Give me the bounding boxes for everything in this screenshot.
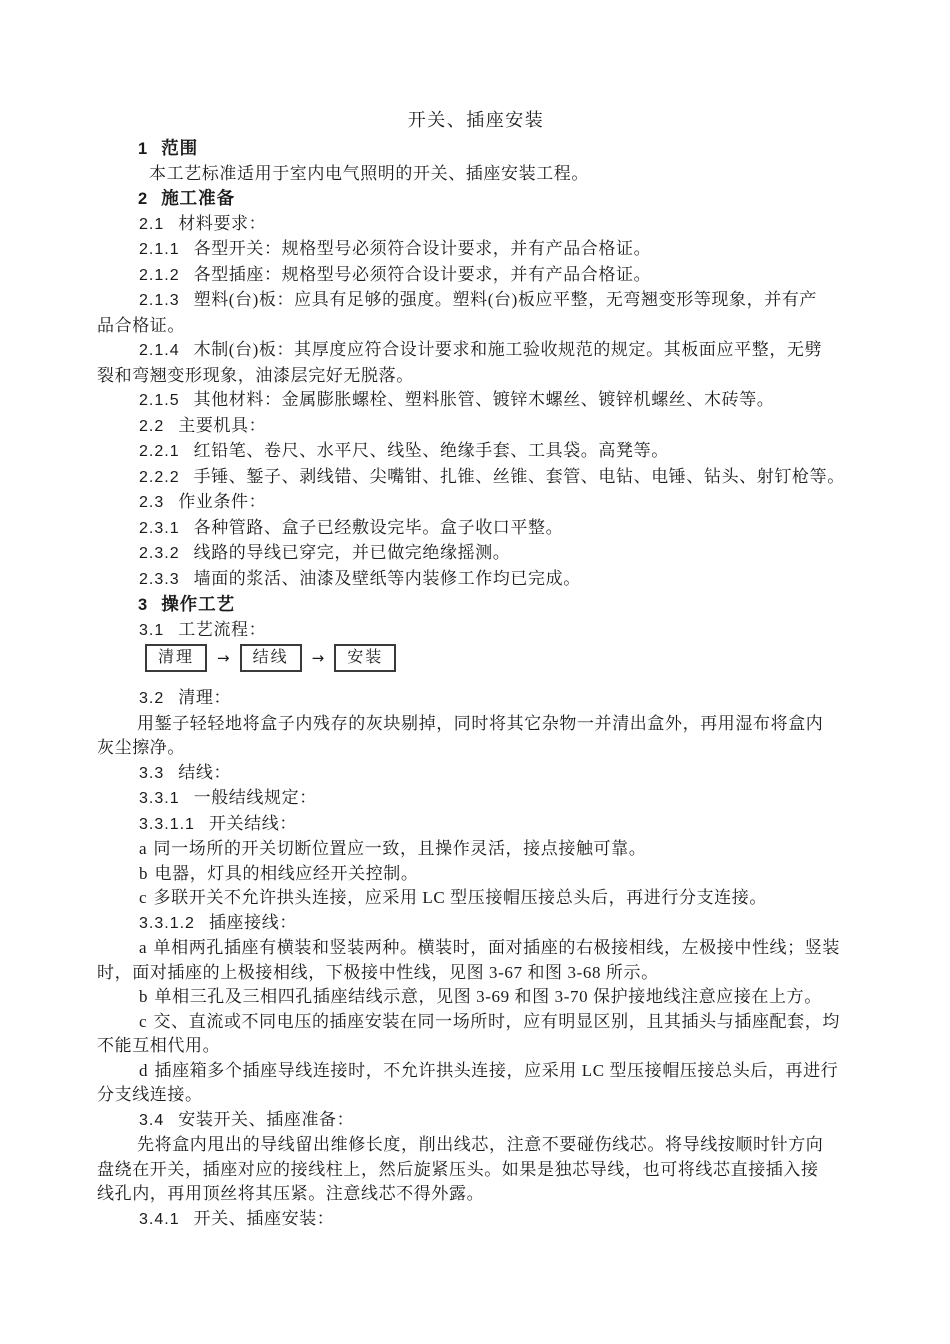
line-number: b bbox=[139, 864, 148, 883]
line-number: 2.1.2 bbox=[139, 267, 180, 284]
line-number: 2.3.3 bbox=[139, 571, 180, 588]
doc-line: 用錾子轻轻地将盒子内残存的灰块剔掉，同时将其它杂物一并清出盒外，再用湿布将盒内 bbox=[97, 712, 855, 737]
line-text: 分支线连接。 bbox=[97, 1085, 203, 1104]
line-text: 木制(台)板：其厚度应符合设计要求和施工验收规范的规定。其板面应平整，无劈 bbox=[194, 340, 823, 359]
line-text: 一般结线规定： bbox=[194, 788, 317, 807]
line-text: 品合格证。 bbox=[97, 316, 185, 335]
line-text: 操作工艺 bbox=[161, 594, 235, 614]
doc-line: 本工艺标准适用于室内电气照明的开关、插座安装工程。 bbox=[97, 162, 855, 187]
line-number: 2.2.2 bbox=[139, 469, 180, 486]
doc-line: 1范围 bbox=[97, 136, 855, 162]
doc-line: 3操作工艺 bbox=[97, 592, 855, 618]
line-number: b bbox=[139, 987, 148, 1006]
line-number: 2.1.4 bbox=[139, 342, 180, 359]
doc-line: 2.1.4木制(台)板：其厚度应符合设计要求和施工验收规范的规定。其板面应平整，… bbox=[97, 338, 855, 364]
line-text: 交、直流或不同电压的插座安装在同一场所时，应有明显区别，且其插头与插座配套，均 bbox=[154, 1012, 840, 1031]
flow-step: 清理 bbox=[145, 644, 207, 672]
flow-step: 结线 bbox=[240, 644, 302, 672]
line-text: 结线： bbox=[178, 763, 231, 782]
doc-line: b电器，灯具的相线应经开关控制。 bbox=[97, 862, 855, 887]
doc-line: a单相两孔插座有横装和竖装两种。横装时，面对插座的右极接相线，左极接中性线；竖装 bbox=[97, 936, 855, 961]
line-text: 主要机具： bbox=[178, 416, 266, 435]
line-number: 2.1 bbox=[139, 216, 164, 233]
line-number: 3.3.1.2 bbox=[139, 915, 195, 932]
line-number: 3.3.1 bbox=[139, 790, 180, 807]
line-number: c bbox=[139, 888, 147, 907]
line-number: 3.3.1.1 bbox=[139, 816, 195, 833]
line-text: 开关、插座安装： bbox=[194, 1209, 335, 1228]
doc-line: 品合格证。 bbox=[97, 314, 855, 339]
line-number: 2.1.3 bbox=[139, 292, 180, 309]
doc-line: 3.4.1开关、插座安装： bbox=[97, 1207, 855, 1233]
doc-line: 3.1工艺流程： bbox=[97, 618, 855, 644]
line-text: 红铅笔、卷尺、水平尺、线坠、绝缘手套、工具袋。高凳等。 bbox=[194, 441, 669, 460]
line-number: 3 bbox=[138, 596, 148, 614]
line-text: 同一场所的开关切断位置应一致，且操作灵活，接点接触可靠。 bbox=[154, 839, 647, 858]
line-text: 塑料(台)板：应具有足够的强度。塑料(台)板应平整，无弯翘变形等现象，并有产 bbox=[194, 290, 817, 309]
doc-line: 时，面对插座的上极接相线，下极接中性线，见图 3-67 和图 3-68 所示。 bbox=[97, 961, 855, 986]
doc-line: 3.2清理： bbox=[97, 686, 855, 712]
line-text: 电器，灯具的相线应经开关控制。 bbox=[155, 864, 419, 883]
line-text: 墙面的浆活、油漆及壁纸等内装修工作均已完成。 bbox=[194, 569, 581, 588]
doc-line: 3.3.1一般结线规定： bbox=[97, 786, 855, 812]
line-text: 不能互相代用。 bbox=[97, 1036, 220, 1055]
doc-line: 盘绕在开关，插座对应的接线柱上，然后旋紧压头。如果是独芯导线，也可将线芯直接插入… bbox=[97, 1158, 855, 1183]
doc-line: d插座箱多个插座导线连接时，不允许拱头连接，应采用 LC 型压接帽压接总头后，再… bbox=[97, 1059, 855, 1084]
flow-step: 安装 bbox=[334, 644, 396, 672]
doc-line: 2.1.1各型开关：规格型号必须符合设计要求，并有产品合格证。 bbox=[97, 237, 855, 263]
line-number: 2.2 bbox=[139, 418, 164, 435]
line-number: 2.1.1 bbox=[139, 241, 180, 258]
line-text: 材料要求： bbox=[178, 214, 266, 233]
doc-line: 2.3.1各种管路、盒子已经敷设完毕。盒子收口平整。 bbox=[97, 516, 855, 542]
flow-arrow-icon: → bbox=[217, 649, 230, 667]
doc-line: 线孔内，再用顶丝将其压紧。注意线芯不得外露。 bbox=[97, 1182, 855, 1207]
line-text: 插座箱多个插座导线连接时，不允许拱头连接，应采用 LC 型压接帽压接总头后，再进… bbox=[155, 1061, 839, 1080]
line-text: 盘绕在开关，插座对应的接线柱上，然后旋紧压头。如果是独芯导线，也可将线芯直接插入… bbox=[97, 1160, 819, 1179]
line-text: 各型插座：规格型号必须符合设计要求，并有产品合格证。 bbox=[194, 265, 652, 284]
line-number: d bbox=[139, 1061, 148, 1080]
line-number: 3.4 bbox=[139, 1112, 164, 1129]
doc-line: c交、直流或不同电压的插座安装在同一场所时，应有明显区别，且其插头与插座配套，均 bbox=[97, 1010, 855, 1035]
line-number: 3.4.1 bbox=[139, 1211, 180, 1228]
line-number: 2 bbox=[138, 190, 148, 208]
doc-line: 2.2主要机具： bbox=[97, 414, 855, 440]
line-text: 线孔内，再用顶丝将其压紧。注意线芯不得外露。 bbox=[97, 1184, 484, 1203]
doc-line: c多联开关不允许拱头连接，应采用 LC 型压接帽压接总头后，再进行分支连接。 bbox=[97, 886, 855, 911]
line-text: 灰尘擦净。 bbox=[97, 738, 185, 757]
line-number: 1 bbox=[138, 140, 148, 158]
doc-line: a同一场所的开关切断位置应一致，且操作灵活，接点接触可靠。 bbox=[97, 837, 855, 862]
doc-line: 3.3.1.1开关结线： bbox=[97, 812, 855, 838]
doc-line: 先将盒内甩出的导线留出维修长度，削出线芯，注意不要碰伤线芯。将导线按顺时针方向 bbox=[97, 1133, 855, 1158]
line-text: 开关结线： bbox=[209, 814, 297, 833]
line-text: 插座接线： bbox=[209, 913, 297, 932]
doc-line: 2.3.3墙面的浆活、油漆及壁纸等内装修工作均已完成。 bbox=[97, 567, 855, 593]
line-number: 2.3 bbox=[139, 494, 164, 511]
line-text: 单相两孔插座有横装和竖装两种。横装时，面对插座的右极接相线，左极接中性线；竖装 bbox=[154, 938, 840, 957]
flow-arrow-icon: → bbox=[312, 649, 325, 667]
document-body: 1范围本工艺标准适用于室内电气照明的开关、插座安装工程。2施工准备2.1材料要求… bbox=[97, 136, 855, 1232]
doc-line: b单相三孔及三相四孔插座结线示意，见图 3-69 和图 3-70 保护接地线注意… bbox=[97, 985, 855, 1010]
line-number: a bbox=[139, 938, 147, 957]
line-text: 裂和弯翘变形现象，油漆层完好无脱落。 bbox=[97, 366, 414, 385]
doc-line: 裂和弯翘变形现象，油漆层完好无脱落。 bbox=[97, 364, 855, 389]
line-text: 清理： bbox=[178, 688, 231, 707]
doc-line: 2.1.5其他材料：金属膨胀螺栓、塑料胀管、镀锌木螺丝、镀锌机螺丝、木砖等。 bbox=[97, 388, 855, 414]
line-text: 线路的导线已穿完，并已做完绝缘摇测。 bbox=[194, 543, 511, 562]
line-number: c bbox=[139, 1012, 147, 1031]
line-text: 安装开关、插座准备： bbox=[178, 1110, 354, 1129]
line-text: 用錾子轻轻地将盒子内残存的灰块剔掉，同时将其它杂物一并清出盒外，再用湿布将盒内 bbox=[137, 714, 823, 733]
line-text: 工艺流程： bbox=[178, 620, 266, 639]
line-number: 2.3.1 bbox=[139, 520, 180, 537]
document-page: 开关、插座安装 1范围本工艺标准适用于室内电气照明的开关、插座安装工程。2施工准… bbox=[0, 0, 950, 1344]
doc-line: 2.3作业条件： bbox=[97, 490, 855, 516]
process-flowchart: 清理→结线→安装 bbox=[145, 643, 855, 673]
doc-line: 2.1材料要求： bbox=[97, 212, 855, 238]
doc-line: 2.2.2手锤、錾子、剥线错、尖嘴钳、扎锥、丝锥、套管、电钻、电锤、钻头、射钉枪… bbox=[97, 465, 855, 491]
line-number: a bbox=[139, 839, 147, 858]
line-text: 本工艺标准适用于室内电气照明的开关、插座安装工程。 bbox=[149, 164, 589, 183]
line-text: 时，面对插座的上极接相线，下极接中性线，见图 3-67 和图 3-68 所示。 bbox=[97, 963, 659, 982]
line-number: 2.1.5 bbox=[139, 392, 180, 409]
doc-line: 分支线连接。 bbox=[97, 1083, 855, 1108]
line-text: 多联开关不允许拱头连接，应采用 LC 型压接帽压接总头后，再进行分支连接。 bbox=[154, 888, 767, 907]
line-text: 范围 bbox=[161, 138, 198, 158]
doc-line: 2施工准备 bbox=[97, 186, 855, 212]
line-text: 作业条件： bbox=[178, 492, 266, 511]
line-number: 3.1 bbox=[139, 622, 164, 639]
line-text: 施工准备 bbox=[161, 188, 235, 208]
doc-line: 3.3结线： bbox=[97, 761, 855, 787]
line-text: 各种管路、盒子已经敷设完毕。盒子收口平整。 bbox=[194, 518, 564, 537]
line-text: 手锤、錾子、剥线错、尖嘴钳、扎锥、丝锥、套管、电钻、电锤、钻头、射钉枪等。 bbox=[194, 467, 845, 486]
line-number: 3.2 bbox=[139, 690, 164, 707]
line-number: 2.3.2 bbox=[139, 545, 180, 562]
document-title: 开关、插座安装 bbox=[97, 106, 855, 134]
doc-line: 不能互相代用。 bbox=[97, 1034, 855, 1059]
line-number: 2.2.1 bbox=[139, 443, 180, 460]
line-text: 先将盒内甩出的导线留出维修长度，削出线芯，注意不要碰伤线芯。将导线按顺时针方向 bbox=[137, 1135, 823, 1154]
doc-line: 2.1.3塑料(台)板：应具有足够的强度。塑料(台)板应平整，无弯翘变形等现象，… bbox=[97, 288, 855, 314]
doc-line: 3.3.1.2插座接线： bbox=[97, 911, 855, 937]
doc-line: 灰尘擦净。 bbox=[97, 736, 855, 761]
line-text: 单相三孔及三相四孔插座结线示意，见图 3-69 和图 3-70 保护接地线注意应… bbox=[155, 987, 822, 1006]
doc-line: 2.1.2各型插座：规格型号必须符合设计要求，并有产品合格证。 bbox=[97, 263, 855, 289]
doc-line: 2.3.2线路的导线已穿完，并已做完绝缘摇测。 bbox=[97, 541, 855, 567]
doc-line: 2.2.1红铅笔、卷尺、水平尺、线坠、绝缘手套、工具袋。高凳等。 bbox=[97, 439, 855, 465]
doc-line: 3.4安装开关、插座准备： bbox=[97, 1108, 855, 1134]
line-text: 其他材料：金属膨胀螺栓、塑料胀管、镀锌木螺丝、镀锌机螺丝、木砖等。 bbox=[194, 390, 775, 409]
line-text: 各型开关：规格型号必须符合设计要求，并有产品合格证。 bbox=[194, 239, 652, 258]
line-number: 3.3 bbox=[139, 765, 164, 782]
